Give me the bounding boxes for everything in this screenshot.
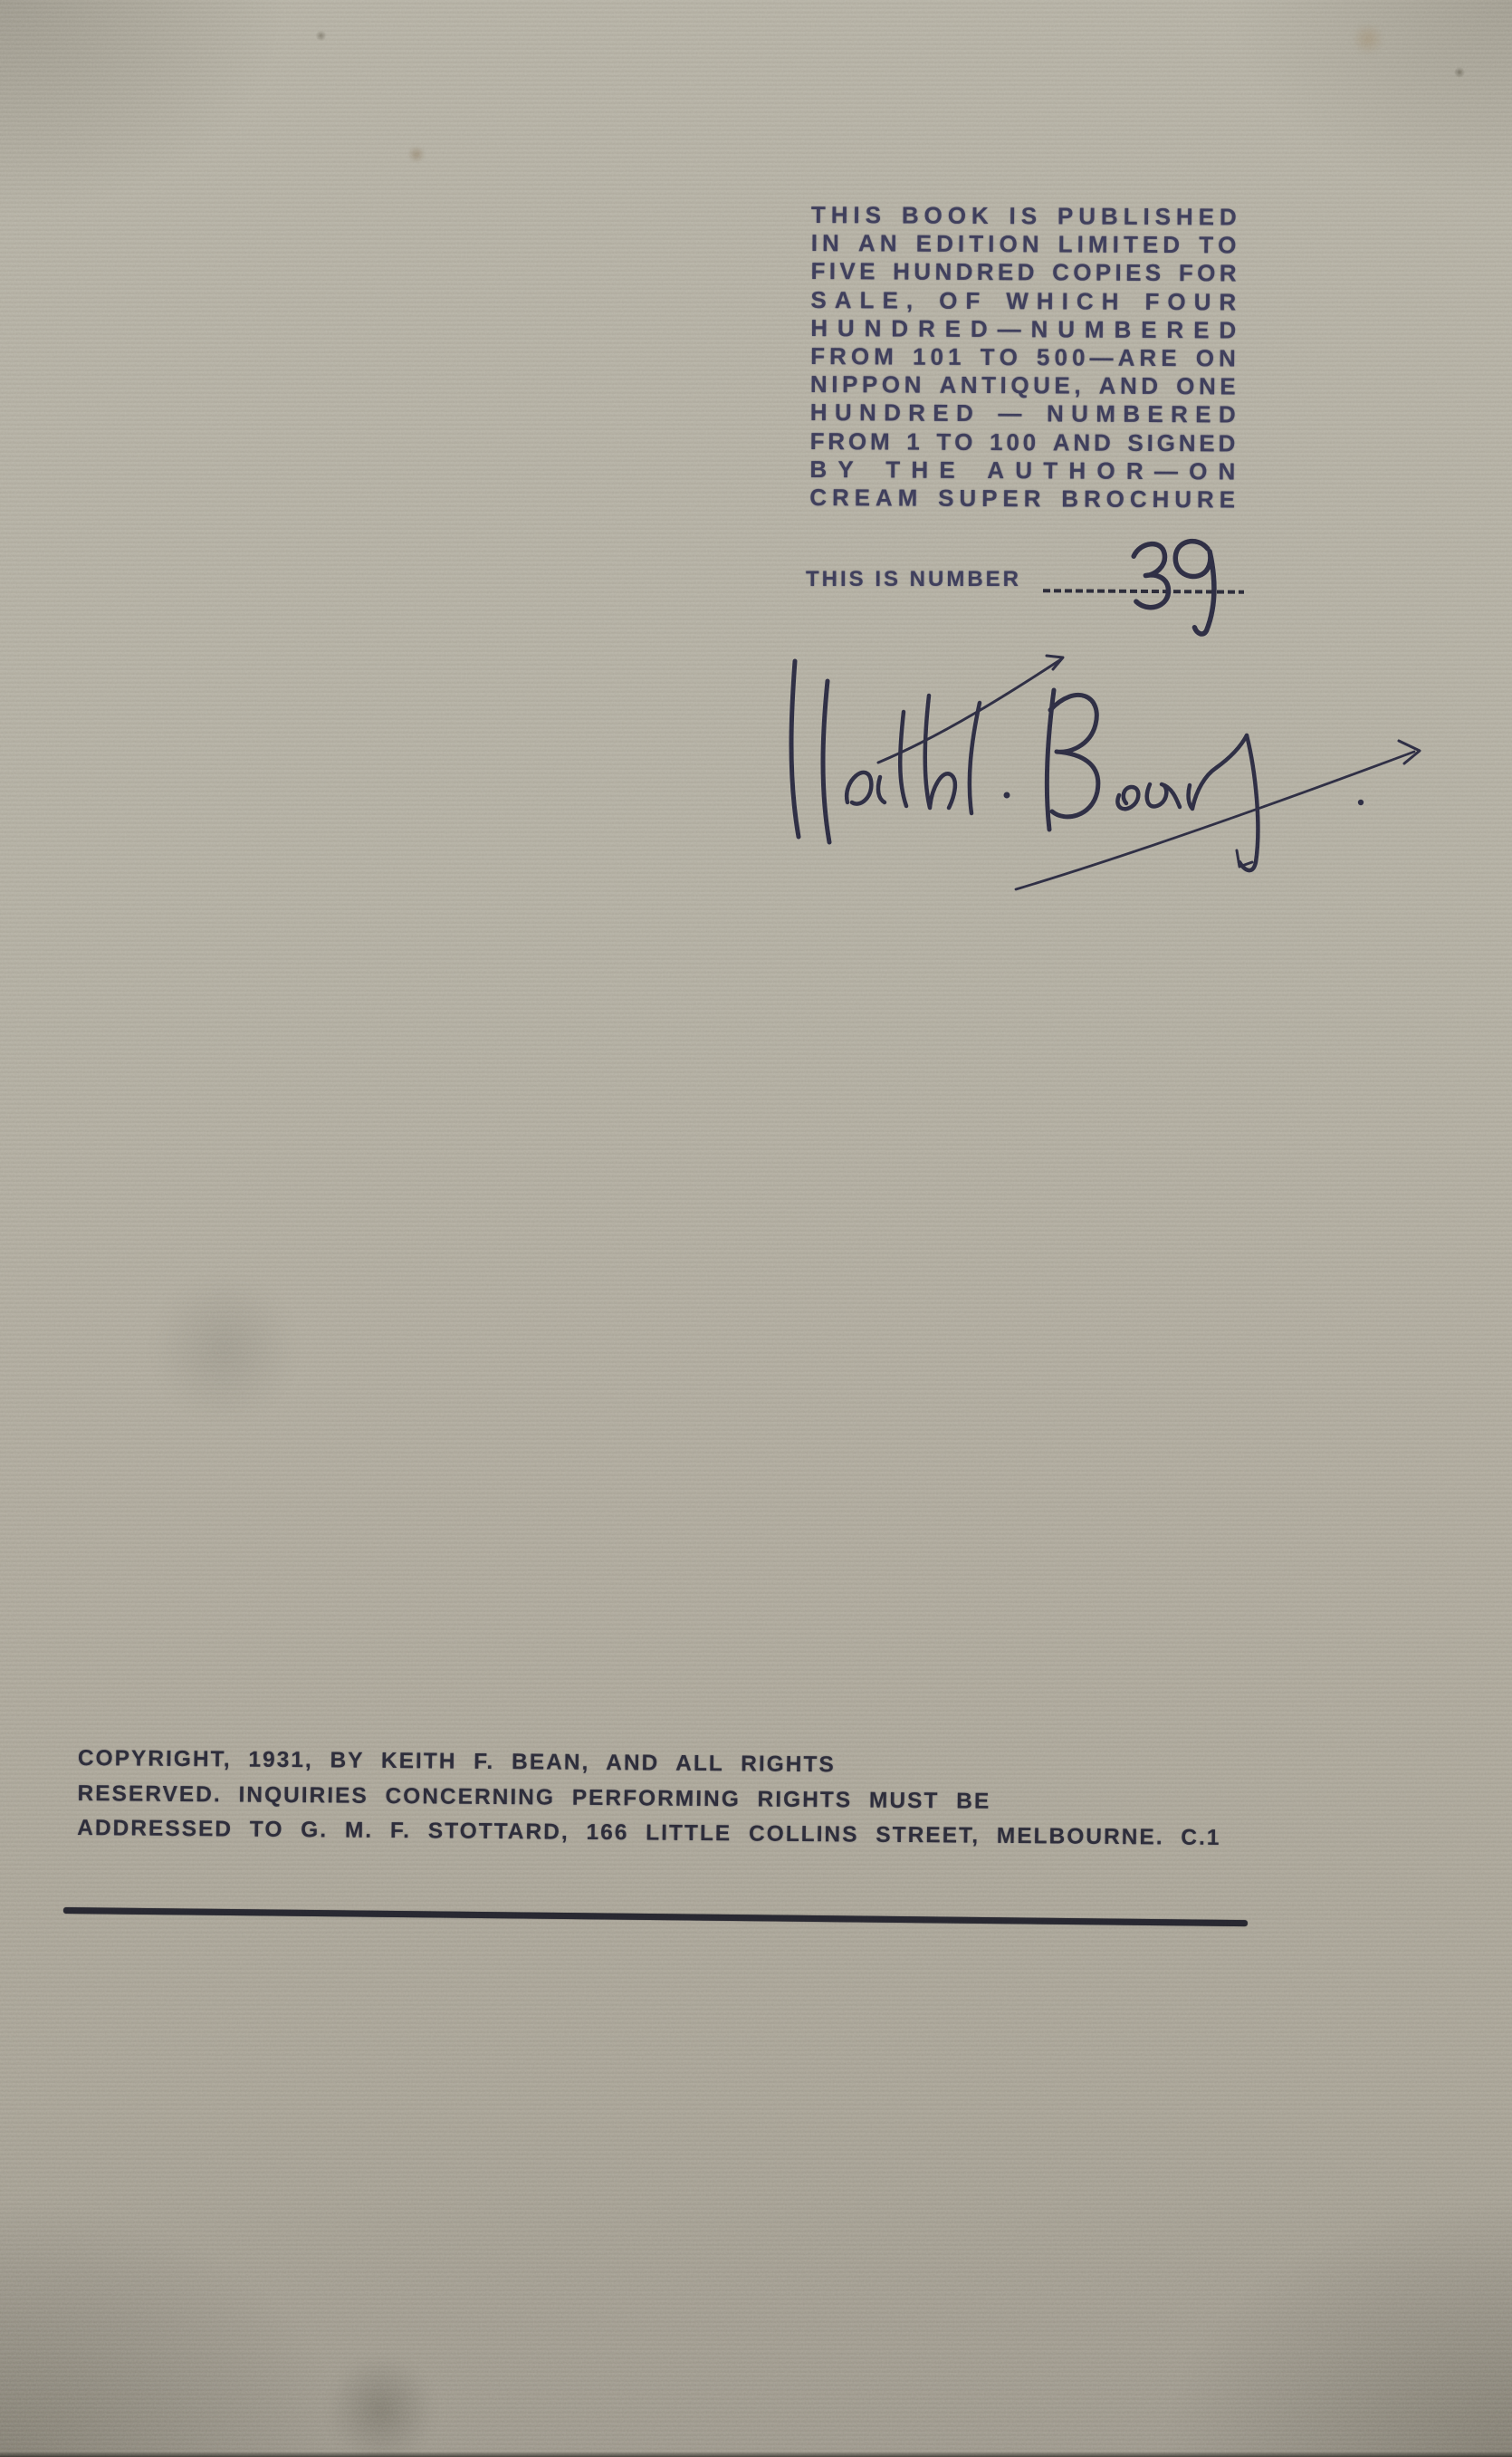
copyright-notice: COPYRIGHT, 1931, BY KEITH F. BEAN, AND A… xyxy=(77,1748,1291,1863)
author-signature xyxy=(742,625,1467,924)
limitation-line: HUNDRED—NUMBERED xyxy=(810,400,1236,431)
photo-grain-overlay xyxy=(0,0,1512,2457)
foxing-spot xyxy=(1454,67,1465,78)
foxing-spot xyxy=(315,31,327,41)
paper-smudge xyxy=(152,1275,297,1420)
paper-smudge xyxy=(322,2360,440,2457)
number-label: THIS IS NUMBER xyxy=(806,567,1021,592)
limitation-line: HUNDRED—NUMBERED xyxy=(810,316,1236,347)
divider-rule xyxy=(63,1907,1248,1926)
foxing-spot xyxy=(1351,24,1385,54)
limitation-line: SALE,OFWHICHFOUR xyxy=(810,288,1236,319)
book-page-photo: THISBOOKISPUBLISHEDINANEDITIONLIMITEDTOF… xyxy=(0,0,1512,2457)
limitation-line: CREAMSUPERBROCHURE xyxy=(809,485,1235,516)
limitation-line: FROM1TO100ANDSIGNED xyxy=(810,428,1236,459)
paper-texture-overlay xyxy=(0,0,1512,2457)
copyright-line: ADDRESSED TO G. M. F. STOTTARD, 166 LITT… xyxy=(77,1818,1290,1863)
limitation-notice: THISBOOKISPUBLISHEDINANEDITIONLIMITEDTOF… xyxy=(809,203,1237,516)
limitation-line: FIVEHUNDREDCOPIESFOR xyxy=(811,259,1237,290)
foxing-spot xyxy=(407,147,426,162)
limitation-line: BYTHEAUTHOR—ON xyxy=(809,457,1235,488)
